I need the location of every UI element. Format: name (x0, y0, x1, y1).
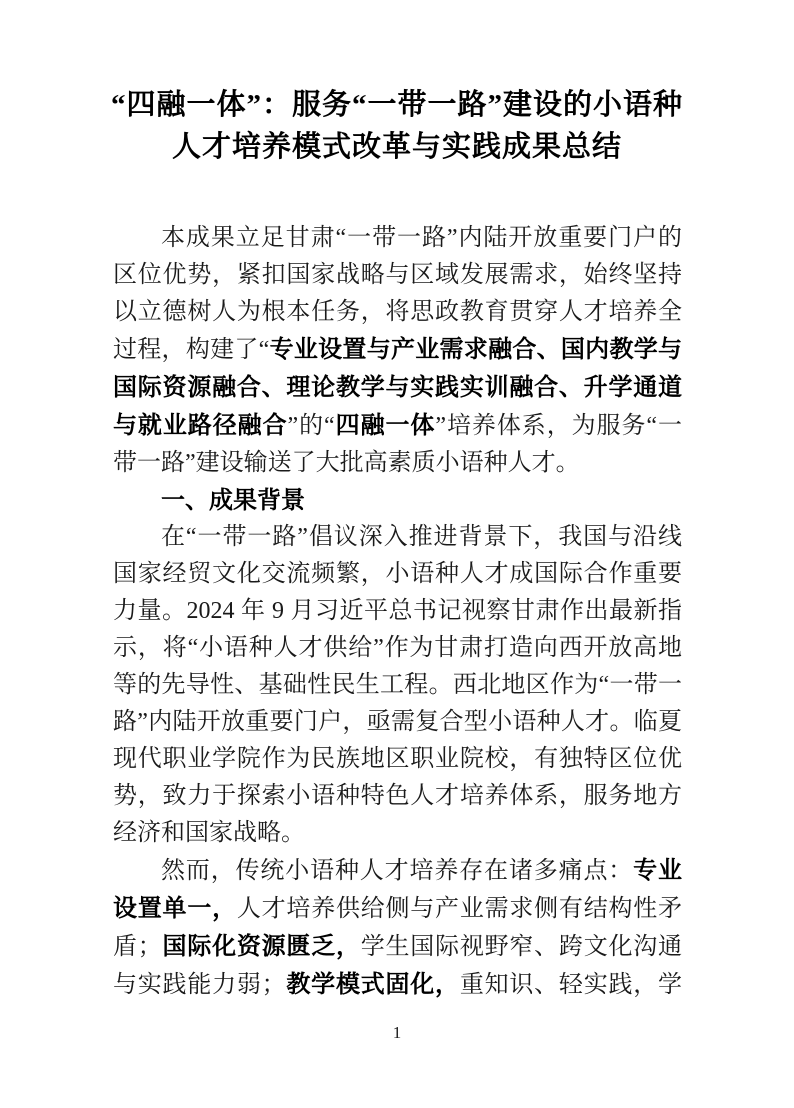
section-heading-background: 一、成果背景 (113, 482, 682, 519)
bold-text-run: 四融一体 (335, 412, 436, 439)
document-body: 本成果立足甘肃“一带一路”内陆开放重要门户的区位优势，紧扣国家战略与区域发展需求… (113, 220, 682, 998)
painpoints-paragraph: 然而，传统小语种人才培养存在诸多痛点：专业设置单一，人才培养供给侧与产业需求侧有… (113, 852, 682, 998)
document-title: “四融一体”：服务“一带一路”建设的小语种人才培养模式改革与实践成果总结 (100, 84, 694, 168)
document-page: “四融一体”：服务“一带一路”建设的小语种人才培养模式改革与实践成果总结 本成果… (0, 0, 794, 1108)
background-paragraph: 在“一带一路”倡议深入推进背景下，我国与沿线国家经贸文化交流频繁，小语种人才成国… (113, 519, 682, 852)
text-run: ”的“ (288, 413, 335, 439)
bold-text-run: 国际化资源匮乏， (162, 933, 361, 960)
text-run: 然而，传统小语种人才培养存在诸多痛点： (161, 858, 633, 884)
text-run: 在“一带一路”倡议深入推进背景下，我国与沿线国家经贸文化交流频繁，小语种人才成国… (113, 524, 682, 846)
intro-paragraph: 本成果立足甘肃“一带一路”内陆开放重要门户的区位优势，紧扣国家战略与区域发展需求… (113, 220, 682, 482)
bold-text-run: 教学模式固化， (286, 971, 460, 998)
page-number: 1 (0, 1022, 794, 1044)
